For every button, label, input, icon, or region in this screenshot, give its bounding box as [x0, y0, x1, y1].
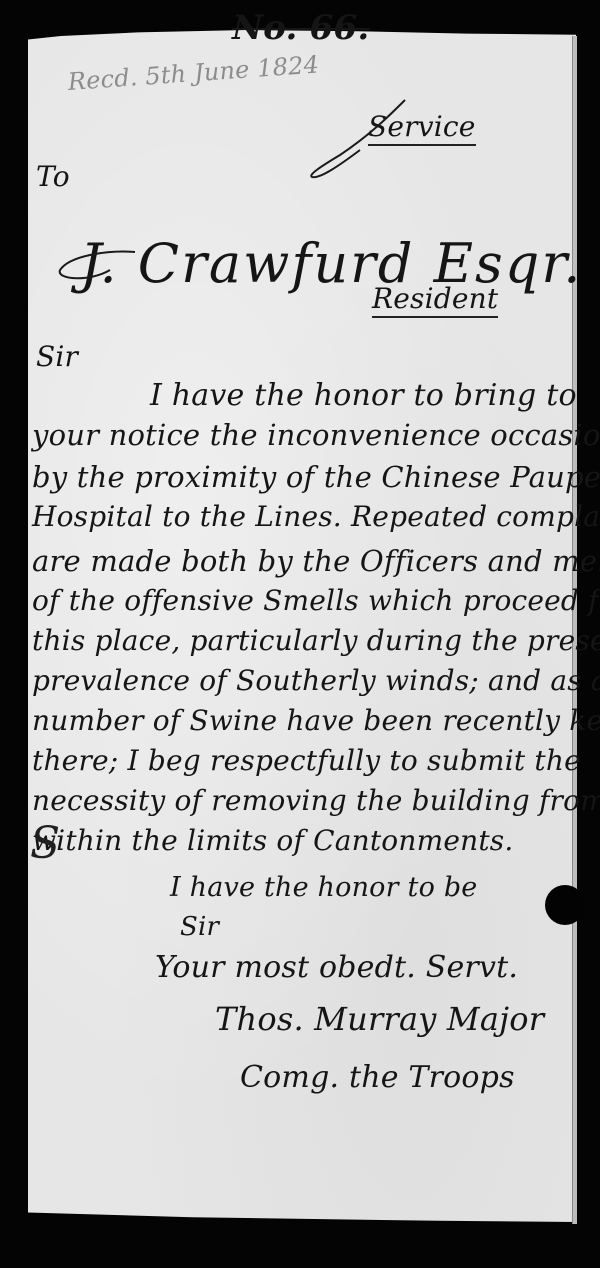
closing-line-3: Your most obedt. Servt.: [155, 950, 518, 985]
recipient-title: Resident: [372, 282, 498, 318]
body-line-2: your notice the inconvenience occasioned: [32, 418, 600, 452]
address-to: To: [36, 160, 70, 193]
body-line-8: prevalence of Southerly winds; and as a: [32, 664, 600, 697]
salutation-text: Sir: [36, 340, 78, 373]
service-label: Service: [368, 110, 476, 146]
body-line-7: this place, particularly during the pres…: [32, 624, 600, 657]
body-line-10: there; I beg respectfully to submit the: [32, 744, 581, 777]
binding-hole: [545, 885, 585, 925]
body-line-3: by the proximity of the Chinese Pauper: [32, 460, 600, 494]
body-line-9: number of Swine have been recently kept: [32, 704, 600, 737]
signature-rank: Comg. the Troops: [240, 1060, 515, 1095]
signature-name: Thos. Murray Major: [215, 1000, 544, 1038]
closing-line-1: I have the honor to be: [170, 872, 477, 903]
document-number: No. 66.: [232, 8, 369, 48]
margin-mark: S: [30, 818, 60, 869]
document-scan: No. 66. Recd. 5th June 1824 Service To J…: [0, 0, 600, 1268]
body-line-5: are made both by the Officers and men,: [32, 544, 600, 578]
body-line-4: Hospital to the Lines. Repeated complain…: [32, 500, 600, 533]
closing-line-2: Sir: [180, 912, 219, 942]
body-line-11: necessity of removing the building from: [32, 784, 600, 817]
body-line-1: I have the honor to bring to: [150, 378, 577, 413]
body-line-6: of the offensive Smells which proceed fr…: [32, 584, 600, 617]
recipient-name: J. Crawfurd Esqr.: [80, 232, 582, 295]
body-line-12: within the limits of Cantonments.: [32, 824, 513, 857]
